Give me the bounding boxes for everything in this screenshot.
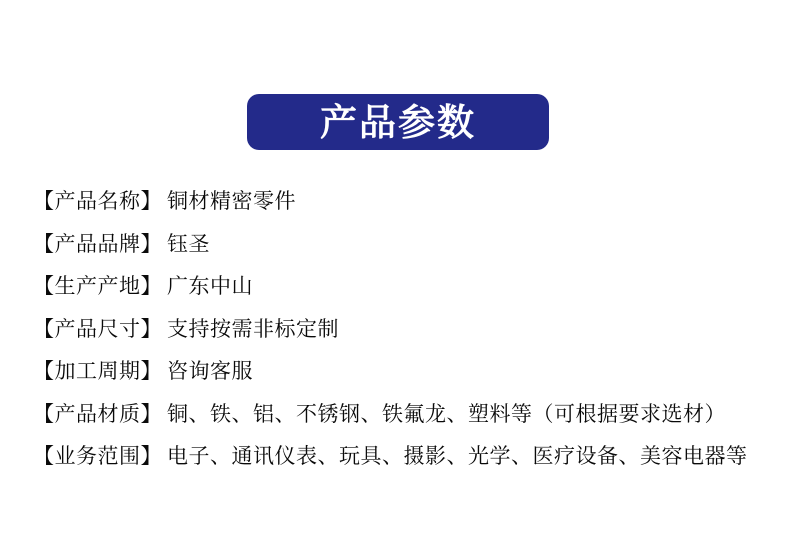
param-label: 【生产产地】 (33, 270, 162, 300)
param-row-product-name: 【产品名称】 铜材精密零件 (33, 179, 770, 222)
param-row-business-scope: 【业务范围】 电子、通讯仪表、玩具、摄影、光学、医疗设备、美容电器等 (33, 434, 770, 477)
param-label: 【产品品牌】 (33, 228, 162, 258)
param-value: 广东中山 (167, 270, 253, 300)
param-row-origin: 【生产产地】 广东中山 (33, 264, 770, 307)
section-title: 产品参数 (320, 104, 476, 141)
param-row-size: 【产品尺寸】 支持按需非标定制 (33, 307, 770, 350)
param-row-brand: 【产品品牌】 钰圣 (33, 222, 770, 265)
param-label: 【产品名称】 (33, 185, 162, 215)
param-label: 【加工周期】 (33, 355, 162, 385)
param-value: 咨询客服 (167, 355, 253, 385)
param-value: 铜材精密零件 (167, 185, 296, 215)
param-value: 电子、通讯仪表、玩具、摄影、光学、医疗设备、美容电器等 (167, 440, 748, 470)
param-value: 钰圣 (167, 228, 210, 258)
section-title-banner: 产品参数 (247, 94, 549, 150)
product-params-list: 【产品名称】 铜材精密零件 【产品品牌】 钰圣 【生产产地】 广东中山 【产品尺… (33, 179, 770, 477)
param-row-lead-time: 【加工周期】 咨询客服 (33, 349, 770, 392)
param-row-material: 【产品材质】 铜、铁、铝、不锈钢、铁氟龙、塑料等（可根据要求选材） (33, 392, 770, 435)
param-value: 铜、铁、铝、不锈钢、铁氟龙、塑料等（可根据要求选材） (167, 398, 726, 428)
param-value: 支持按需非标定制 (167, 313, 339, 343)
param-label: 【产品材质】 (33, 398, 162, 428)
param-label: 【业务范围】 (33, 440, 162, 470)
param-label: 【产品尺寸】 (33, 313, 162, 343)
